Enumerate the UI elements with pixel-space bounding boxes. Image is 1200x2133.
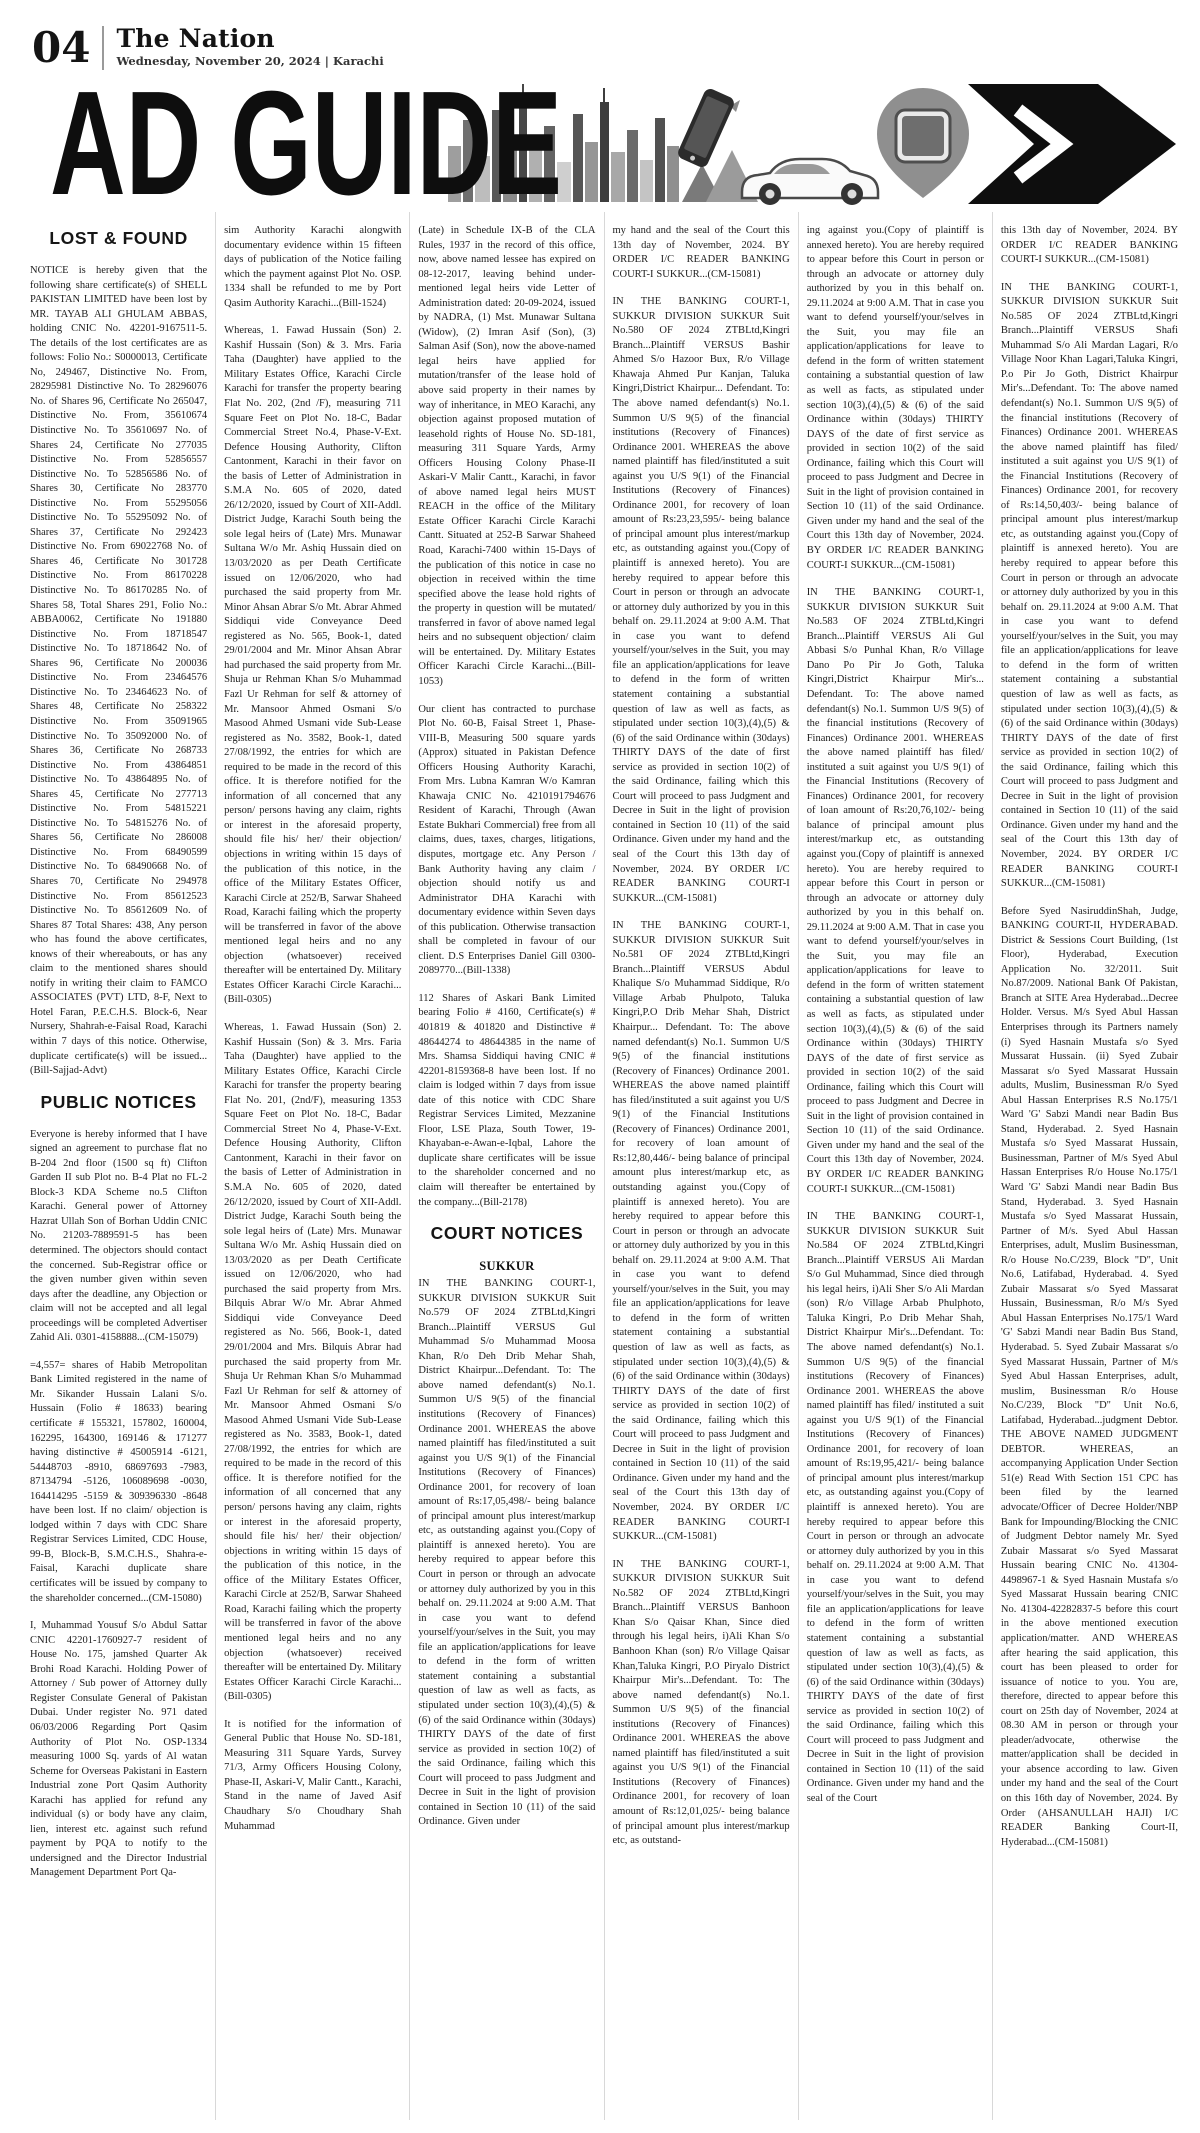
column-5: ing against you.(Copy of plaintiff is an… — [798, 212, 992, 2120]
notice-text: I, Muhammad Yousuf S/o Abdul Sattar CNIC… — [30, 1619, 207, 1881]
notice-text: IN THE BANKING COURT-1, SUKKUR DIVISION … — [418, 1277, 595, 1830]
column-1: LOST & FOUNDNOTICE is hereby given that … — [30, 212, 215, 2120]
banner-title: AD GUIDE — [50, 80, 562, 208]
notice-text: (Late) in Schedule IX-B of the CLA Rules… — [418, 224, 595, 690]
section-heading: COURT NOTICES — [418, 1223, 595, 1244]
section-heading: LOST & FOUND — [30, 228, 207, 249]
notice-text: Before Syed NasiruddinShah, Judge, BANKI… — [1001, 905, 1178, 1851]
notice-text: my hand and the seal of the Court this 1… — [613, 224, 790, 282]
notice-text: IN THE BANKING COURT-1, SUKKUR DIVISION … — [807, 1210, 984, 1806]
arrow-chevron-icon — [968, 84, 1176, 204]
notice-text: ing against you.(Copy of plaintiff is an… — [807, 224, 984, 573]
notice-text: =4,557= shares of Habib Metropolitan Ban… — [30, 1359, 207, 1606]
notice-text: this 13th day of November, 2024. BY ORDE… — [1001, 224, 1178, 268]
column-4: my hand and the seal of the Court this 1… — [604, 212, 798, 2120]
column-6: this 13th day of November, 2024. BY ORDE… — [992, 212, 1178, 2120]
notice-text: Whereas, 1. Fawad Hussain (Son) 2. Kashi… — [224, 1021, 401, 1705]
notice-text: Our client has contracted to purchase Pl… — [418, 703, 595, 979]
car-icon — [742, 159, 878, 205]
notice-text: 112 Shares of Askari Bank Limited bearin… — [418, 992, 595, 1210]
masthead: 04 The Nation Wednesday, November 20, 20… — [32, 26, 384, 70]
notice-text: IN THE BANKING COURT-1, SUKKUR DIVISION … — [807, 586, 984, 1197]
location-pin-icon — [877, 88, 969, 198]
notice-text: It is notified for the information of Ge… — [224, 1718, 401, 1834]
section-heading: PUBLIC NOTICES — [30, 1092, 207, 1113]
column-2: sim Authority Karachi alongwith document… — [215, 212, 409, 2120]
notice-text: sim Authority Karachi alongwith document… — [224, 224, 401, 311]
smartphone-icon — [676, 87, 736, 169]
notice-text: IN THE BANKING COURT-1, SUKKUR DIVISION … — [613, 919, 790, 1545]
ad-guide-banner: AD GUIDE — [30, 80, 1176, 208]
notice-text: IN THE BANKING COURT-1, SUKKUR DIVISION … — [1001, 281, 1178, 892]
notice-text: IN THE BANKING COURT-1, SUKKUR DIVISION … — [613, 295, 790, 906]
page-number: 04 — [32, 26, 104, 70]
publication-title: The Nation — [116, 26, 383, 52]
column-3: (Late) in Schedule IX-B of the CLA Rules… — [409, 212, 603, 2120]
columns: LOST & FOUNDNOTICE is hereby given that … — [30, 212, 1178, 2120]
dateline: Wednesday, November 20, 2024 | Karachi — [116, 54, 383, 68]
notice-text: Whereas, 1. Fawad Hussain (Son) 2. Kashi… — [224, 324, 401, 1008]
notice-text: IN THE BANKING COURT-1, SUKKUR DIVISION … — [613, 1558, 790, 1849]
notice-text: Everyone is hereby informed that I have … — [30, 1128, 207, 1346]
notice-text: NOTICE is hereby given that the followin… — [30, 264, 207, 1079]
city-subheading: SUKKUR — [418, 1259, 595, 1274]
